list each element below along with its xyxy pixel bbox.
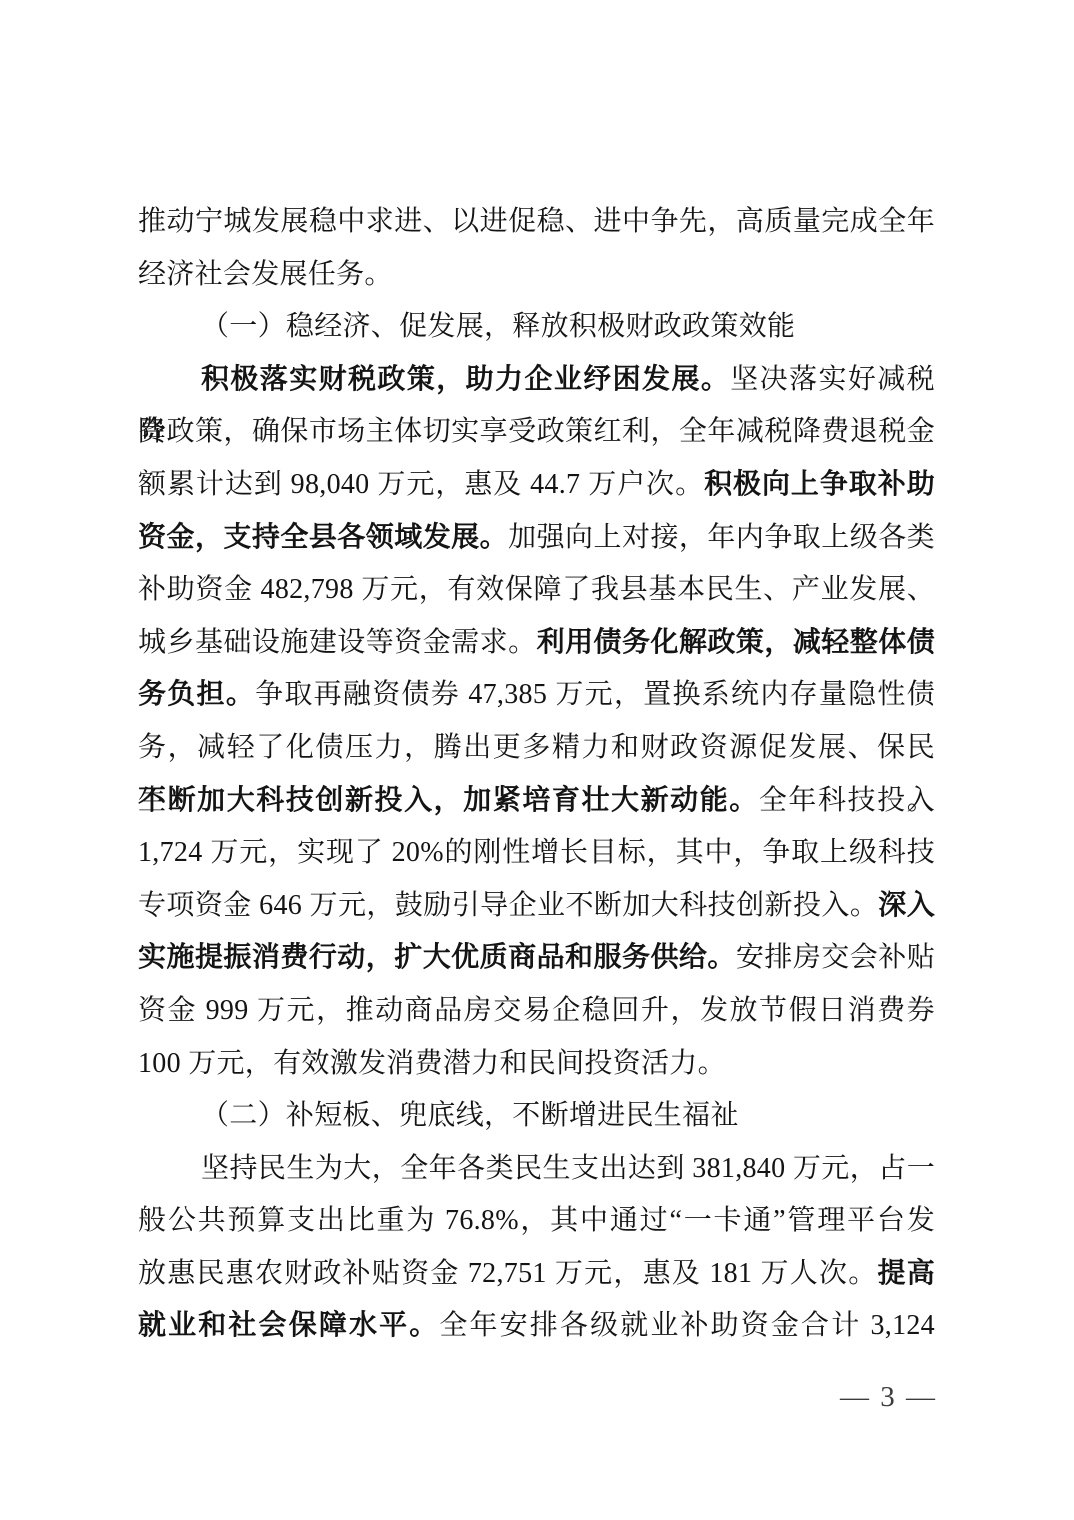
text-segment: 补助资金 482,798 万元，有效保障了我县基本民生、产业发展、	[138, 574, 935, 605]
text-segment: 般公共预算支出比重为 76.8%，其中通过“一卡通”管理平台发	[138, 1205, 935, 1236]
text-line: 资金 999 万元，推动商品房交易企稳回升，发放节假日消费券	[138, 985, 935, 1038]
text-line: 坚持民生为大，全年各类民生支出达到 381,840 万元，占一	[138, 1143, 935, 1196]
text-segment: 专项资金 646 万元，鼓励引导企业不断加大科技创新投入。	[138, 890, 878, 921]
text-line: 就业和社会保障水平。全年安排各级就业补助资金合计 3,124	[138, 1300, 935, 1353]
text-line: 推动宁城发展稳中求进、以进促稳、进中争先，高质量完成全年	[138, 196, 935, 249]
bold-text-segment: 深入	[878, 890, 935, 921]
text-segment: 经济社会发展任务。	[138, 259, 393, 290]
section-heading: （一）稳经济、促发展，释放积极财政政策效能	[138, 301, 935, 354]
bold-text-segment: 实施提振消费行动，扩大优质商品和服务供给。	[138, 942, 736, 973]
text-line: 务，减轻了化债压力，腾出更多精力和财政资源促发展、保民生。	[138, 722, 935, 775]
text-segment: 争取再融资债券 47,385 万元，置换系统内存量隐性债	[255, 679, 935, 710]
text-segment: 推动宁城发展稳中求进、以进促稳、进中争先，高质量完成全年	[138, 206, 935, 237]
text-segment: 100 万元，有效激发消费潜力和民间投资活力。	[138, 1048, 726, 1079]
page-number: — 3 —	[840, 1371, 937, 1423]
text-line: 1,724 万元，实现了 20%的刚性增长目标，其中，争取上级科技	[138, 827, 935, 880]
text-segment: 加强向上对接，年内争取上级各类	[508, 522, 935, 553]
bold-text-segment: 就业和社会保障水平。	[138, 1310, 439, 1341]
text-line: 放惠民惠农财政补贴资金 72,751 万元，惠及 181 万人次。提高	[138, 1248, 935, 1301]
text-line: 积极落实财税政策，助力企业纾困发展。坚决落实好减税降	[138, 354, 935, 407]
text-line: 不断加大科技创新投入，加紧培育壮大新动能。全年科技投入	[138, 775, 935, 828]
text-line: 城乡基础设施建设等资金需求。利用债务化解政策，减轻整体债	[138, 617, 935, 670]
text-segment: 安排房交会补贴	[736, 942, 935, 973]
text-segment: （二）补短板、兜底线，不断增进民生福祉	[201, 1100, 739, 1131]
bold-text-segment: 利用债务化解政策，减轻整体债	[537, 627, 935, 658]
bold-text-segment: 积极向上争取补助	[704, 469, 935, 500]
bold-text-segment: 资金，支持全县各领域发展。	[138, 522, 508, 553]
bold-text-segment: 积极落实财税政策，助力企业纾困发展。	[201, 364, 730, 395]
text-line: 补助资金 482,798 万元，有效保障了我县基本民生、产业发展、	[138, 564, 935, 617]
text-line: 100 万元，有效激发消费潜力和民间投资活力。	[138, 1038, 935, 1091]
text-line: 般公共预算支出比重为 76.8%，其中通过“一卡通”管理平台发	[138, 1195, 935, 1248]
text-segment: 费政策，确保市场主体切实享受政策红利，全年减税降费退税金	[138, 416, 935, 447]
document-body: 推动宁城发展稳中求进、以进促稳、进中争先，高质量完成全年经济社会发展任务。（一）…	[138, 196, 935, 1353]
text-line: 费政策，确保市场主体切实享受政策红利，全年减税降费退税金	[138, 406, 935, 459]
text-segment: 放惠民惠农财政补贴资金 72,751 万元，惠及 181 万人次。	[138, 1258, 877, 1289]
text-line: 专项资金 646 万元，鼓励引导企业不断加大科技创新投入。深入	[138, 880, 935, 933]
bold-text-segment: 务负担。	[138, 679, 255, 710]
text-segment: （一）稳经济、促发展，释放积极财政政策效能	[201, 311, 795, 342]
text-line: 额累计达到 98,040 万元，惠及 44.7 万户次。积极向上争取补助	[138, 459, 935, 512]
text-line: 资金，支持全县各领域发展。加强向上对接，年内争取上级各类	[138, 512, 935, 565]
bold-text-segment: 不断加大科技创新投入，加紧培育壮大新动能。	[138, 785, 759, 816]
section-heading: （二）补短板、兜底线，不断增进民生福祉	[138, 1090, 935, 1143]
text-segment: 城乡基础设施建设等资金需求。	[138, 627, 537, 658]
text-segment: 全年安排各级就业补助资金合计 3,124	[439, 1310, 935, 1341]
text-line: 务负担。争取再融资债券 47,385 万元，置换系统内存量隐性债	[138, 669, 935, 722]
text-segment: 全年科技投入	[759, 785, 935, 816]
bold-text-segment: 提高	[877, 1258, 935, 1289]
document-page: 推动宁城发展稳中求进、以进促稳、进中争先，高质量完成全年经济社会发展任务。（一）…	[0, 0, 1074, 1520]
text-segment: 资金 999 万元，推动商品房交易企稳回升，发放节假日消费券	[138, 995, 935, 1026]
text-segment: 额累计达到 98,040 万元，惠及 44.7 万户次。	[138, 469, 704, 500]
text-segment: 坚持民生为大，全年各类民生支出达到 381,840 万元，占一	[201, 1153, 935, 1184]
text-line: 经济社会发展任务。	[138, 249, 935, 302]
text-line: 实施提振消费行动，扩大优质商品和服务供给。安排房交会补贴	[138, 932, 935, 985]
text-segment: 1,724 万元，实现了 20%的刚性增长目标，其中，争取上级科技	[138, 837, 935, 868]
